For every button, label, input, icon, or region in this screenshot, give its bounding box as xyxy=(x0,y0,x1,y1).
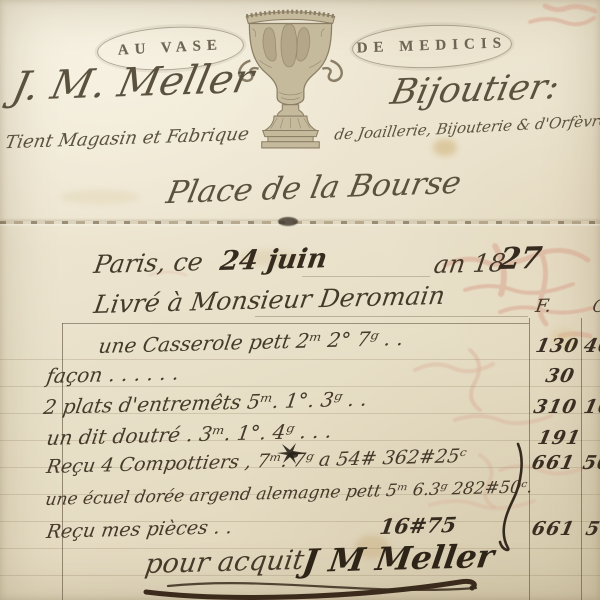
badge-right-label: DE MEDICIS xyxy=(357,35,508,57)
total-brace xyxy=(488,442,530,552)
row-francs: 310 xyxy=(532,396,579,418)
badge-left-label: AU VASE xyxy=(118,37,224,59)
row-centimes: 50 xyxy=(581,452,600,474)
dateline-rule xyxy=(302,276,430,277)
dateline-year-prefix: an 18 xyxy=(432,248,507,279)
delivery-underline xyxy=(255,316,528,317)
fold-ink-blot xyxy=(278,217,298,226)
acquit-label: pour acquit xyxy=(143,545,306,580)
row-francs: 130 xyxy=(534,335,581,357)
col-header-francs: F. xyxy=(534,296,553,317)
dateline-date: 24 juin xyxy=(218,243,329,277)
table-top-rule xyxy=(62,323,529,324)
row-francs: 661 xyxy=(530,518,577,540)
stain-spot xyxy=(433,139,457,156)
proprietor-name: J. M. Meller xyxy=(8,56,258,110)
row-desc: façon . . . . . . xyxy=(45,361,181,388)
row-inline-amount: 16#75 xyxy=(378,512,458,539)
dateline-year: 27 xyxy=(497,241,544,277)
fold-crease xyxy=(0,221,600,224)
row-francs: 191 xyxy=(536,427,583,449)
dateline-city: Paris, ce xyxy=(92,247,205,279)
stain-spot xyxy=(60,190,140,204)
centimes-column-border xyxy=(581,318,582,600)
signature-paraph xyxy=(128,576,483,600)
ink-splatter xyxy=(276,443,310,467)
trade-name: Bijoutier: xyxy=(387,67,563,113)
row-francs: 661 xyxy=(530,452,577,474)
invoice-document: AU VASE DE MEDICIS xyxy=(0,0,600,600)
signature: J M Meller xyxy=(300,537,497,580)
row-francs: 30 xyxy=(544,365,577,387)
